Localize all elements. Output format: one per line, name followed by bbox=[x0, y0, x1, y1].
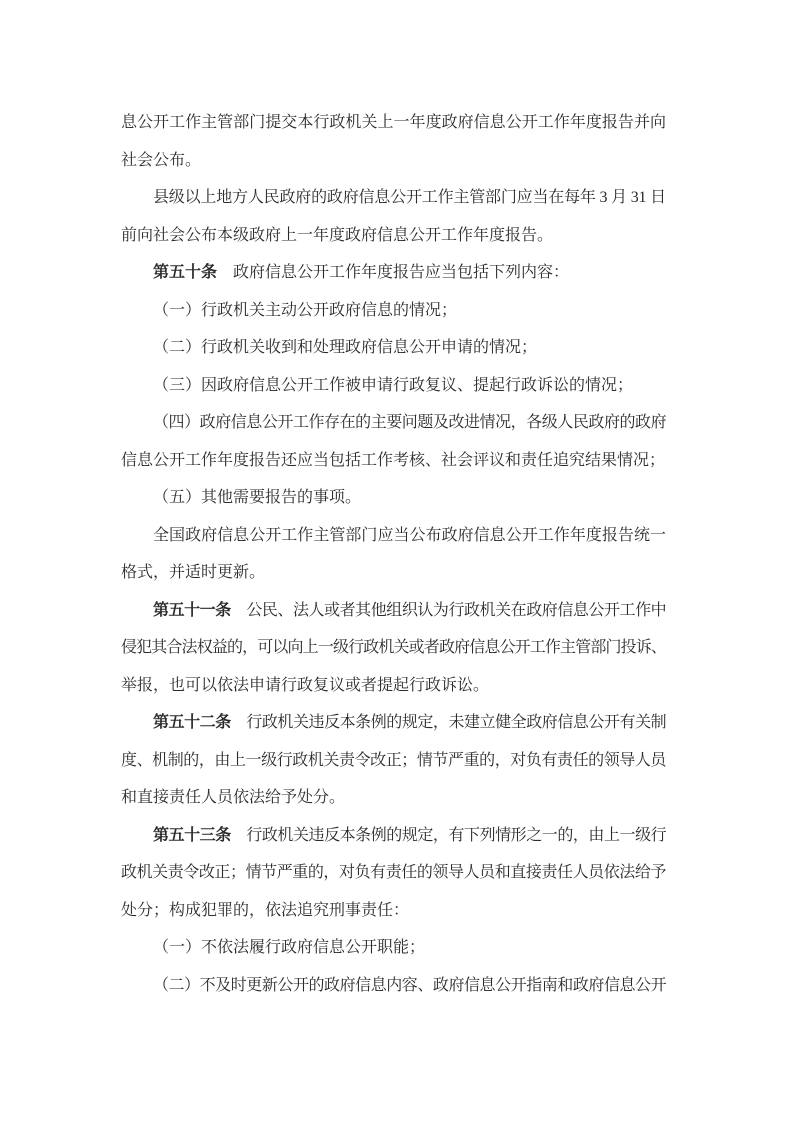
text-line: 和直接责任人员依法给予处分。 bbox=[121, 779, 666, 817]
text-line: （二）不及时更新公开的政府信息内容、政府信息公开指南和政府信息公开 bbox=[121, 967, 666, 1005]
document-page: 息公开工作主管部门提交本行政机关上一年度政府信息公开工作年度报告并向社会公布。县… bbox=[0, 0, 793, 1122]
article-paragraph: 第五十二条 行政机关违反本条例的规定，未建立健全政府信息公开有关制度、机制的，由… bbox=[121, 704, 666, 817]
paragraph: （一）不依法履行政府信息公开职能； bbox=[121, 929, 666, 967]
article-text: 行政机关违反本条例的规定，有下列情形之一的，由上一级行 bbox=[231, 827, 666, 844]
text-line: 第五十二条 行政机关违反本条例的规定，未建立健全政府信息公开有关制 bbox=[121, 704, 666, 742]
text-line: 侵犯其合法权益的，可以向上一级行政机关或者政府信息公开工作主管部门投诉、 bbox=[121, 629, 666, 667]
text-line: （二）行政机关收到和处理政府信息公开申请的情况； bbox=[121, 329, 666, 367]
text-line: 政机关责令改正；情节严重的，对负有责任的领导人员和直接责任人员依法给予 bbox=[121, 854, 666, 892]
article-number: 第五十二条 bbox=[153, 714, 231, 731]
text-line: 县级以上地方人民政府的政府信息公开工作主管部门应当在每年 3 月 31 日 bbox=[121, 179, 666, 217]
text-line: 社会公布。 bbox=[121, 142, 666, 180]
article-text: 公民、法人或者其他组织认为行政机关在政府信息公开工作中 bbox=[231, 602, 666, 619]
paragraph: （四）政府信息公开工作存在的主要问题及改进情况，各级人民政府的政府信息公开工作年… bbox=[121, 404, 666, 479]
paragraph: 县级以上地方人民政府的政府信息公开工作主管部门应当在每年 3 月 31 日前向社… bbox=[121, 179, 666, 254]
text-line: （五）其他需要报告的事项。 bbox=[121, 479, 666, 517]
text-line: 处分；构成犯罪的，依法追究刑事责任： bbox=[121, 892, 666, 930]
paragraph: （二）不及时更新公开的政府信息内容、政府信息公开指南和政府信息公开 bbox=[121, 967, 666, 1005]
article-paragraph: 第五十三条 行政机关违反本条例的规定，有下列情形之一的，由上一级行政机关责令改正… bbox=[121, 817, 666, 930]
text-line: （三）因政府信息公开工作被申请行政复议、提起行政诉讼的情况； bbox=[121, 367, 666, 405]
text-column: 息公开工作主管部门提交本行政机关上一年度政府信息公开工作年度报告并向社会公布。县… bbox=[121, 104, 666, 1004]
paragraph: 全国政府信息公开工作主管部门应当公布政府信息公开工作年度报告统一格式，并适时更新… bbox=[121, 517, 666, 592]
paragraph: （三）因政府信息公开工作被申请行政复议、提起行政诉讼的情况； bbox=[121, 367, 666, 405]
text-line: 第五十条 政府信息公开工作年度报告应当包括下列内容： bbox=[121, 254, 666, 292]
article-paragraph: 第五十条 政府信息公开工作年度报告应当包括下列内容： bbox=[121, 254, 666, 292]
text-line: 信息公开工作年度报告还应当包括工作考核、社会评议和责任追究结果情况； bbox=[121, 442, 666, 480]
text-line: 前向社会公布本级政府上一年度政府信息公开工作年度报告。 bbox=[121, 217, 666, 255]
article-number: 第五十三条 bbox=[153, 827, 231, 844]
text-line: 第五十三条 行政机关违反本条例的规定，有下列情形之一的，由上一级行 bbox=[121, 817, 666, 855]
article-text: 政府信息公开工作年度报告应当包括下列内容： bbox=[217, 264, 569, 281]
article-text: 行政机关违反本条例的规定，未建立健全政府信息公开有关制 bbox=[231, 714, 666, 731]
text-line: 全国政府信息公开工作主管部门应当公布政府信息公开工作年度报告统一 bbox=[121, 517, 666, 555]
paragraph: （二）行政机关收到和处理政府信息公开申请的情况； bbox=[121, 329, 666, 367]
article-number: 第五十一条 bbox=[153, 602, 231, 619]
paragraph: 息公开工作主管部门提交本行政机关上一年度政府信息公开工作年度报告并向社会公布。 bbox=[121, 104, 666, 179]
text-line: 第五十一条 公民、法人或者其他组织认为行政机关在政府信息公开工作中 bbox=[121, 592, 666, 630]
text-line: （四）政府信息公开工作存在的主要问题及改进情况，各级人民政府的政府 bbox=[121, 404, 666, 442]
text-line: （一）行政机关主动公开政府信息的情况； bbox=[121, 292, 666, 330]
article-paragraph: 第五十一条 公民、法人或者其他组织认为行政机关在政府信息公开工作中侵犯其合法权益… bbox=[121, 592, 666, 705]
text-line: 举报，也可以依法申请行政复议或者提起行政诉讼。 bbox=[121, 667, 666, 705]
paragraph: （一）行政机关主动公开政府信息的情况； bbox=[121, 292, 666, 330]
text-line: （一）不依法履行政府信息公开职能； bbox=[121, 929, 666, 967]
article-number: 第五十条 bbox=[153, 264, 217, 281]
paragraph: （五）其他需要报告的事项。 bbox=[121, 479, 666, 517]
text-line: 度、机制的，由上一级行政机关责令改正；情节严重的，对负有责任的领导人员 bbox=[121, 742, 666, 780]
text-line: 格式，并适时更新。 bbox=[121, 554, 666, 592]
text-line: 息公开工作主管部门提交本行政机关上一年度政府信息公开工作年度报告并向 bbox=[121, 104, 666, 142]
